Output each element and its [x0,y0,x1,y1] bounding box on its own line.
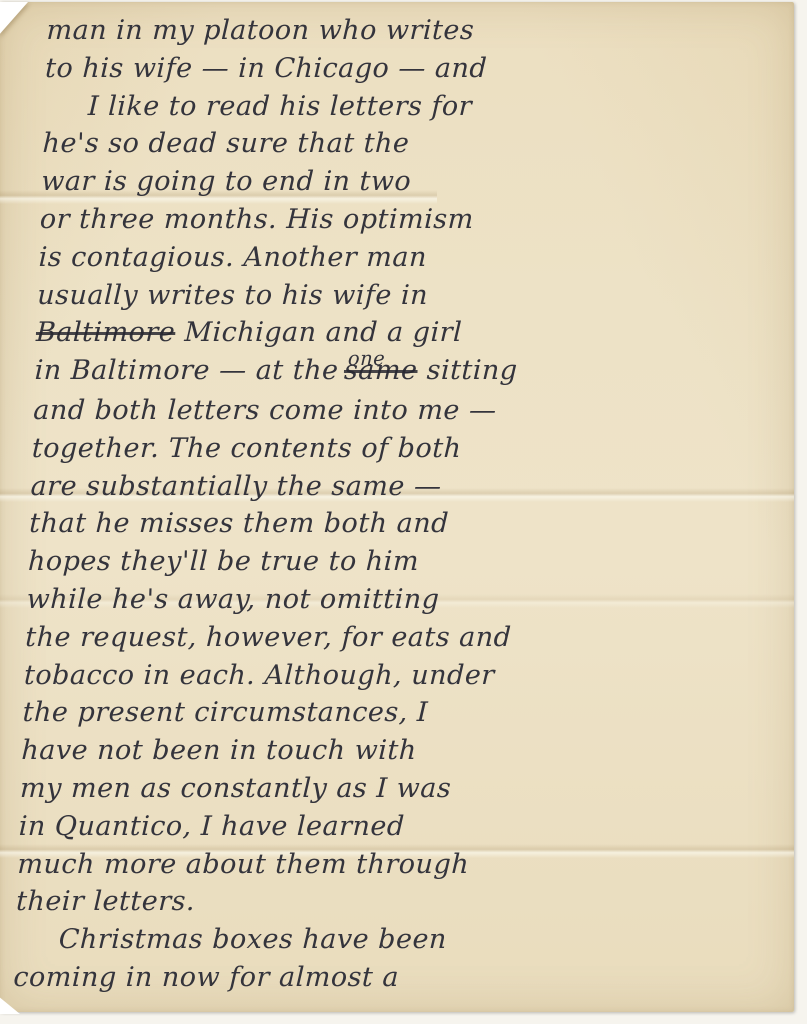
letter-text: is contagious. Another man [38,242,427,273]
letter-line: the request, however, for eats and [25,619,774,657]
letter-text: the present circumstances, I [22,697,428,728]
letter-text: much more about them through [17,849,470,880]
letter-scan: man in my platoon who writesto his wife … [0,0,807,1024]
letter-line: tobacco in each. Although, under [23,657,772,695]
torn-corner-bottom-left [0,996,20,1014]
letter-line: usually writes to his wife in [37,277,786,315]
letter-text: sitting [417,355,518,386]
letter-line: war is going to end in two [41,163,790,201]
letter-line: man in my platoon who writes [46,12,795,50]
letter-line: and both letters come into me — [33,392,782,430]
letter-line: Christmas boxes have been [14,921,763,959]
letter-text: in Quantico, I have learned [18,811,405,842]
letter-line: hopes they'll be true to him [27,543,776,581]
letter-text: while he's away, not omitting [26,584,440,615]
letter-line: are substantially the same — [30,468,779,506]
letter-text: to his wife — in Chicago — and [45,53,488,84]
letter-text: he's so dead sure that the [42,128,410,159]
letter-text: the request, however, for eats and [25,622,512,653]
letter-line: that he misses them both and [29,505,778,543]
struck-out-text: Baltimore [35,317,175,348]
letter-text: war is going to end in two [41,166,412,197]
letter-line: or three months. His optimism [39,201,788,239]
letter-line: have not been in touch with [21,732,770,770]
letter-text: are substantially the same — [30,471,442,502]
letter-line: while he's away, not omitting [26,581,775,619]
letter-line: he's so dead sure that the [42,125,791,163]
letter-line: coming in now for almost a [13,959,762,997]
letter-text: and both letters come into me — [33,395,497,426]
letter-line: to his wife — in Chicago — and [45,50,794,88]
letter-text: tobacco in each. Although, under [23,660,495,691]
letter-line: in Quantico, I have learned [18,808,767,846]
letter-line: their letters. [15,883,764,921]
letter-line: the present circumstances, I [22,694,771,732]
letter-text: their letters. [16,886,196,917]
letter-line: together. The contents of both [31,430,780,468]
letter-paper: man in my platoon who writesto his wife … [0,2,794,1012]
letter-text: coming in now for almost a [13,962,400,993]
letter-line: much more about them through [17,846,766,884]
letter-line: I like to read his letters for [43,88,792,126]
letter-text: that he misses them both and [29,508,450,539]
letter-line: my men as constantly as I was [19,770,768,808]
letter-text: together. The contents of both [31,433,462,464]
letter-text: in Baltimore — at the [34,355,348,386]
letter-text: Christmas boxes have been [58,924,447,955]
letter-text: I like to read his letters for [87,91,472,122]
letter-text: have not been in touch with [21,735,417,766]
letter-text: my men as constantly as I was [20,773,452,804]
letter-line: in Baltimore — at the onesame sitting [34,352,783,392]
letter-text: usually writes to his wife in [37,280,429,311]
torn-corner-top-left [0,2,28,36]
letter-line: Baltimore Michigan and a girl [35,314,784,352]
letter-body: man in my platoon who writesto his wife … [13,12,795,997]
inserted-correction-text: one [348,347,386,370]
letter-text: hopes they'll be true to him [27,546,419,577]
letter-text: or three months. His optimism [39,204,474,235]
letter-line: is contagious. Another man [38,239,787,277]
letter-text: man in my platoon who writes [46,15,475,46]
letter-text: Michigan and a girl [175,317,463,348]
